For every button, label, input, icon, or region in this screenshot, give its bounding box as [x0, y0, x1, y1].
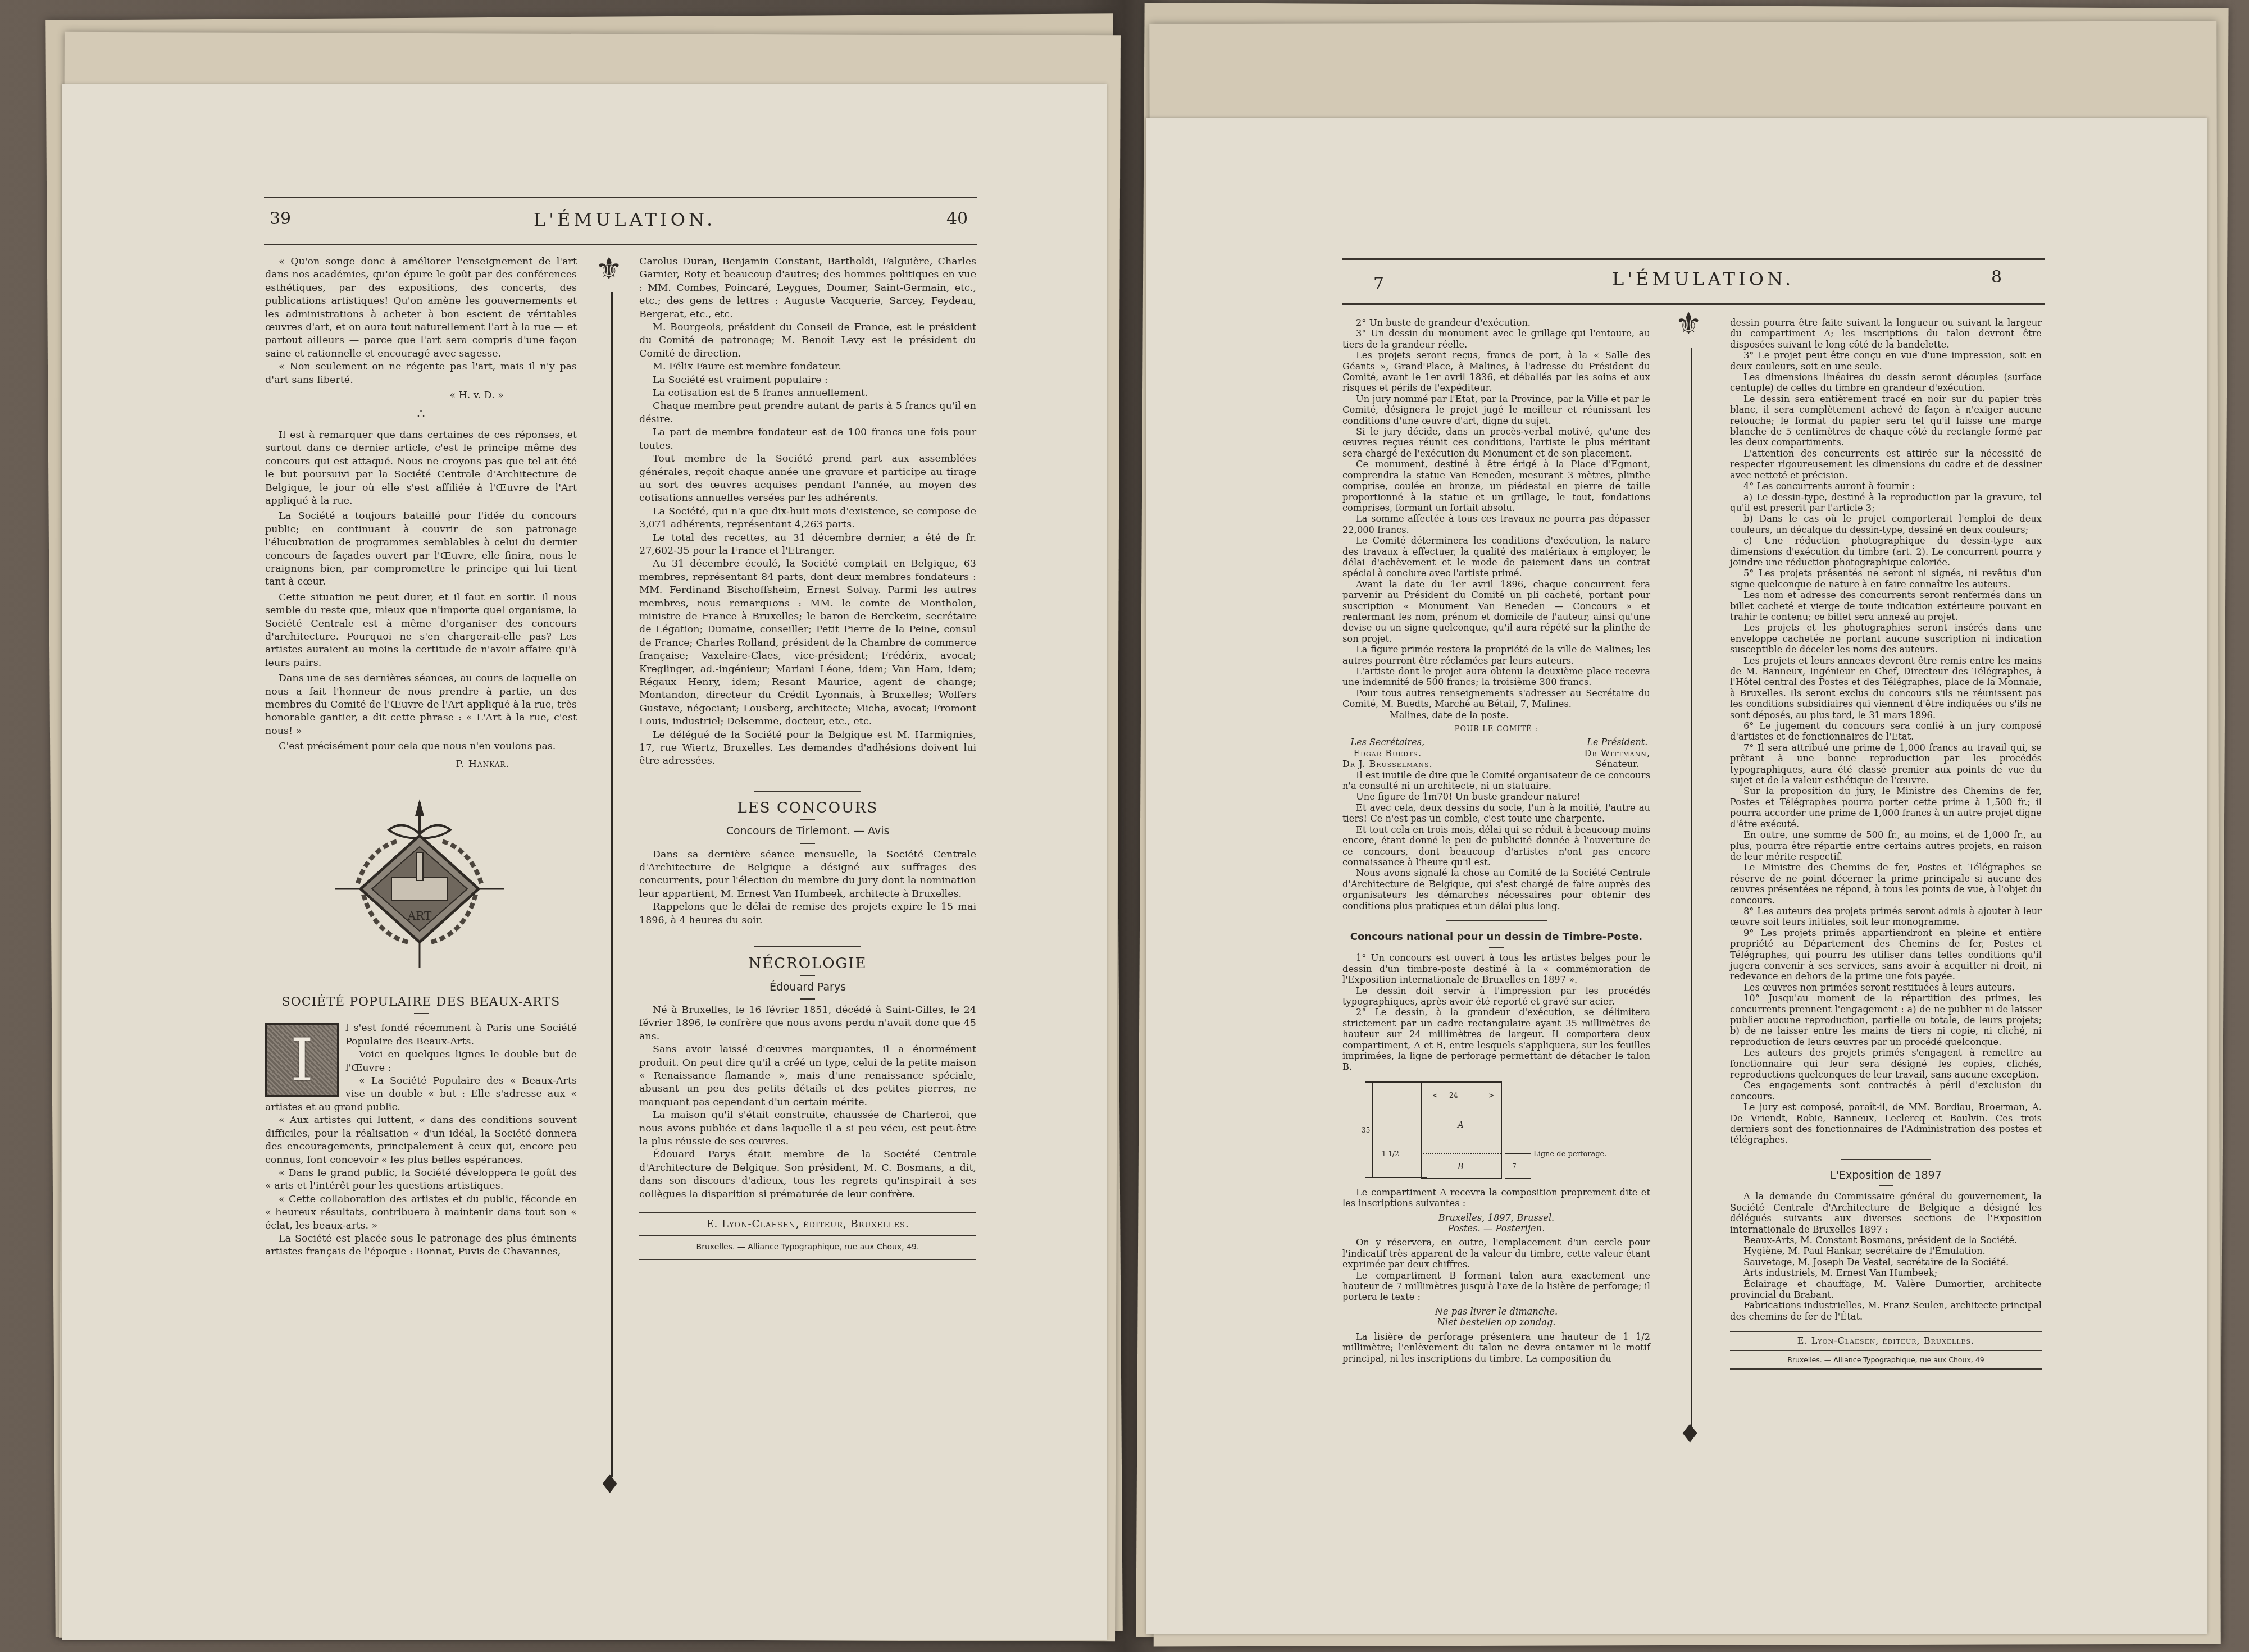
paragraph: Les auteurs des projets primés s'engagen… — [1730, 1047, 2042, 1080]
right-page: 7 L'ÉMULATION. 8 2° Un buste de grandeur… — [1146, 118, 2207, 1634]
subsection-title: Concours de Tirlemont. — Avis — [639, 825, 976, 838]
paragraph: Nous avons signalé la chose au Comité de… — [1342, 868, 1650, 911]
right-column-2: dessin pourra être faite suivant la long… — [1730, 317, 2042, 1373]
paragraph: Et avec cela, deux dessins du socle, l'u… — [1342, 802, 1650, 824]
running-title: L'ÉMULATION. — [534, 209, 716, 230]
paragraph: Le dessin doit servir à l'impression par… — [1342, 985, 1650, 1007]
paragraph: Le jury est composé, paraît-il, de MM. B… — [1730, 1102, 2042, 1146]
page-number-right: 40 — [946, 209, 968, 229]
paragraph: Un jury nommé par l'Etat, par la Provinc… — [1342, 394, 1650, 426]
paragraph: 5° Les projets présentés ne seront ni si… — [1730, 568, 2042, 590]
paragraph: Tout membre de la Société prend part aux… — [639, 453, 976, 505]
delegate-item: Arts industriels, M. Ernest Van Humbeek; — [1730, 1267, 2042, 1278]
column-ornament-top-icon: ⚜ — [595, 254, 622, 284]
delegate-item: Éclairage et chauffage, M. Valère Dumort… — [1730, 1279, 2042, 1300]
section-separator — [754, 946, 861, 947]
paragraph: Les projets seront reçus, francs de port… — [1342, 350, 1650, 394]
paragraph: Cette situation ne peut durer, et il fau… — [265, 591, 577, 670]
paragraph: « Dans le grand public, la Société dével… — [265, 1167, 577, 1193]
footer-rule — [1730, 1368, 2042, 1370]
paragraph: La lisière de perforage présentera une h… — [1342, 1331, 1650, 1364]
section-title-timbre: Concours national pour un dessin de Timb… — [1342, 932, 1650, 942]
paragraph: On y réservera, en outre, l'emplacement … — [1342, 1237, 1650, 1270]
art-vignette: ART — [265, 793, 577, 979]
paragraph: La Société a toujours bataillé pour l'id… — [265, 510, 577, 588]
paragraph: Chaque membre peut prendre autant de par… — [639, 400, 976, 426]
stamp-dimension-diagram: 24 <> 35 A B 1 1/2 7 Ligne de perforage. — [1365, 1080, 1623, 1181]
dateline: Malines, date de la poste. — [1342, 710, 1650, 720]
asterism: ∴ — [265, 408, 577, 421]
paragraph: Sur la proposition du jury, le Ministre … — [1730, 786, 2042, 829]
paragraph: 3° Le projet peut être conçu en vue d'un… — [1730, 350, 2042, 372]
paragraph: La cotisation est de 5 francs annuelleme… — [639, 387, 976, 400]
paragraph: Le compartiment A recevra la composition… — [1342, 1187, 1650, 1209]
paragraph: 8° Les auteurs des projets primés seront… — [1730, 906, 2042, 928]
delegate-item: Fabrications industrielles, M. Franz Seu… — [1730, 1300, 2042, 1322]
header-rule-top — [1342, 258, 2045, 260]
page-number-left: 39 — [270, 209, 291, 229]
paragraph: « Qu'on songe donc à améliorer l'enseign… — [265, 255, 577, 360]
paragraph: Édouard Parys était membre de la Société… — [639, 1148, 976, 1201]
paragraph: M. Bourgeois, président du Conseil de Fr… — [639, 321, 976, 360]
section-title: SOCIÉTÉ POPULAIRE DES BEAUX-ARTS — [265, 996, 577, 1008]
paragraph: Le Comité déterminera les conditions d'e… — [1342, 535, 1650, 579]
paragraph: C'est précisément pour cela que nous n'e… — [265, 740, 577, 753]
svg-text:ART: ART — [407, 909, 432, 923]
inscription: Niet bestellen op zondag. — [1342, 1317, 1650, 1327]
paragraph: Les projets et leurs annexes devront êtr… — [1730, 655, 2042, 720]
inscription: Bruxelles, 1897, Brussel. — [1342, 1212, 1650, 1223]
header-rule-top — [264, 197, 977, 198]
section-title-necrologie: NÉCROLOGIE — [639, 957, 976, 970]
paragraph: Les nom et adresse des concurrents seron… — [1730, 590, 2042, 622]
section-separator — [1446, 920, 1547, 921]
paragraph: Il est inutile de dire que le Comité org… — [1342, 770, 1650, 792]
running-title: L'ÉMULATION. — [1612, 268, 1794, 290]
printer-line: Bruxelles. — Alliance Typographique, rue… — [639, 1241, 976, 1254]
column-ornament-top-icon: ⚜ — [1675, 309, 1702, 339]
page-number-left: 7 — [1373, 274, 1384, 294]
delegate-item: Beaux-Arts, M. Constant Bosmans, préside… — [1730, 1235, 2042, 1245]
paragraph: Ce monument, destiné à être érigé à la P… — [1342, 459, 1650, 513]
president-block: Le Président. Dr Wittmann, Sénateur. — [1585, 737, 1650, 769]
secretaries-block: Les Secrétaires, Edgar Buedts. Dr J. Bru… — [1342, 737, 1433, 769]
section-title-exposition: L'Exposition de 1897 — [1730, 1170, 2042, 1181]
paragraph: Dans sa dernière séance mensuelle, la So… — [639, 848, 976, 901]
paragraph: Les dimensions linéaires du dessin seron… — [1730, 372, 2042, 394]
paragraph: 3° Un dessin du monument avec le grillag… — [1342, 328, 1650, 350]
right-column-1: 2° Un buste de grandeur d'exécution. 3° … — [1342, 317, 1650, 1364]
paragraph: Le compartiment B formant talon aura exa… — [1342, 1270, 1650, 1303]
left-page: 39 L'ÉMULATION. 40 « Qu'on songe donc à … — [62, 84, 1107, 1640]
author-signature: P. Hankar. — [265, 758, 577, 771]
paragraph: 2° Un buste de grandeur d'exécution. — [1342, 317, 1650, 328]
paragraph: dessin pourra être faite suivant la long… — [1730, 317, 2042, 350]
committee-signatures: Les Secrétaires, Edgar Buedts. Dr J. Bru… — [1342, 737, 1650, 769]
title-dash — [800, 998, 815, 1000]
title-dash — [1879, 1185, 1893, 1186]
paragraph: Il est à remarquer que dans certaines de… — [265, 429, 577, 508]
publisher-line: E. Lyon-Claesen, éditeur, Bruxelles. — [1730, 1335, 2042, 1346]
left-column-1: « Qu'on songe donc à améliorer l'enseign… — [265, 255, 577, 1259]
paragraph: a) Le dessin-type, destiné à la reproduc… — [1730, 492, 2042, 514]
section-body: I l s'est fondé récemment à Paris une So… — [265, 1022, 577, 1258]
paragraph: La figure primée restera la propriété de… — [1342, 644, 1650, 666]
page-number-right: 8 — [1991, 267, 2002, 287]
paragraph: Les projets et les photographies seront … — [1730, 622, 2042, 655]
section-title-concours: LES CONCOURS — [639, 802, 976, 815]
footer-rule — [639, 1235, 976, 1236]
paragraph: La maison qu'il s'était construite, chau… — [639, 1109, 976, 1148]
paragraph: Carolus Duran, Benjamin Constant, Bartho… — [639, 255, 976, 321]
paragraph: En outre, une somme de 500 fr., au moins… — [1730, 829, 2042, 862]
paragraph: « Non seulement on ne régente pas l'art,… — [265, 360, 577, 387]
paragraph: 6° Le jugement du concours sera confié à… — [1730, 720, 2042, 742]
title-dash — [1489, 947, 1504, 948]
paragraph: Dans une de ses dernières séances, au co… — [265, 672, 577, 738]
column-ornament-bottom-icon: ♦ — [598, 1471, 621, 1497]
left-column-2: Carolus Duran, Benjamin Constant, Bartho… — [639, 255, 976, 1265]
column-ornament-bottom-icon: ♦ — [1678, 1421, 1701, 1446]
paragraph: Le délégué de la Société pour la Belgiqu… — [639, 729, 976, 768]
paragraph: L'artiste dont le projet aura obtenu la … — [1342, 666, 1650, 688]
paragraph: Le total des recettes, au 31 décembre de… — [639, 532, 976, 558]
paragraph: Si le jury décide, dans un procès-verbal… — [1342, 426, 1650, 459]
title-dash — [414, 1013, 429, 1014]
paragraph: Pour tous autres renseignements s'adress… — [1342, 688, 1650, 710]
paragraph: 2° Le dessin, à la grandeur d'exécution,… — [1342, 1007, 1650, 1072]
paragraph: Sans avoir laissé d'œuvres marquantes, i… — [639, 1043, 976, 1109]
section-separator — [1841, 1159, 1931, 1160]
title-dash — [800, 843, 815, 844]
paragraph: La Société est vraiment populaire : — [639, 374, 976, 387]
paragraph: 1° Un concours est ouvert à tous les art… — [1342, 952, 1650, 985]
paragraph: L'attention des concurrents est attirée … — [1730, 448, 2042, 481]
paragraph: Rappelons que le délai de remise des pro… — [639, 901, 976, 927]
delegate-item: Hygiène, M. Paul Hankar, secrétaire de l… — [1730, 1245, 2042, 1256]
paragraph: Au 31 décembre écoulé, la Société compta… — [639, 558, 976, 728]
publisher-line: E. Lyon-Claesen, éditeur, Bruxelles. — [639, 1218, 976, 1231]
footer-rule — [639, 1212, 976, 1213]
section-separator — [754, 791, 861, 792]
footer-rule — [1730, 1331, 2042, 1332]
inscription: Ne pas livrer le dimanche. — [1342, 1306, 1650, 1317]
paragraph: Et tout cela en trois mois, délai qui se… — [1342, 824, 1650, 868]
title-dash — [800, 819, 815, 820]
paragraph: Le dessin sera entièrement tracé en noir… — [1730, 394, 2042, 448]
delegate-item: Sauvetage, M. Joseph De Vestel, secrétai… — [1730, 1257, 2042, 1267]
paragraph: Une figure de 1m70! Un buste grandeur na… — [1342, 791, 1650, 802]
paragraph: 10° Jusqu'au moment de la répartition de… — [1730, 993, 2042, 1047]
subsection-title: Édouard Parys — [639, 981, 976, 994]
header-rule-bottom — [1342, 303, 2045, 305]
header-rule-bottom — [264, 244, 977, 245]
paragraph: « Aux artistes qui luttent, « dans des c… — [265, 1114, 577, 1167]
footer-rule — [1730, 1350, 2042, 1351]
quote-signature: « H. v. D. » — [265, 389, 577, 402]
paragraph: La Société, qui n'a que dix-huit mois d'… — [639, 505, 976, 532]
column-divider — [611, 292, 613, 1477]
paragraph: La part de membre fondateur est de 100 f… — [639, 426, 976, 453]
paragraph: 9° Les projets primés appartiendront en … — [1730, 928, 2042, 982]
paragraph: « Cette collaboration des artistes et du… — [265, 1193, 577, 1233]
paragraph: Né à Bruxelles, le 16 février 1851, décé… — [639, 1004, 976, 1043]
paragraph: 4° Les concurrents auront à fournir : — [1730, 481, 2042, 491]
ornamental-dropcap: I — [265, 1023, 339, 1097]
inscription: Postes. — Posterijen. — [1342, 1223, 1650, 1234]
paragraph: Avant la date du 1er avril 1896, chaque … — [1342, 579, 1650, 644]
paragraph: c) Une réduction photographique du dessi… — [1730, 535, 2042, 568]
paragraph: 7° Il sera attribué une prime de 1,000 f… — [1730, 742, 2042, 786]
committee-label: POUR LE COMITÉ : — [1342, 724, 1650, 734]
paragraph: Les œuvres non primées seront restituées… — [1730, 982, 2042, 993]
printer-line: Bruxelles. — Alliance Typographique, rue… — [1730, 1354, 2042, 1365]
paragraph: A la demande du Commissaire général du g… — [1730, 1191, 2042, 1235]
column-divider — [1691, 348, 1692, 1426]
title-dash — [800, 975, 815, 976]
art-emblem-icon: ART — [335, 799, 504, 968]
paragraph: b) Dans le cas où le projet comporterait… — [1730, 513, 2042, 535]
footer-rule — [639, 1259, 976, 1260]
paragraph: Ces engagements sont contractés à péril … — [1730, 1080, 2042, 1102]
paragraph: Le Ministre des Chemins de fer, Postes e… — [1730, 862, 2042, 906]
paragraph: M. Félix Faure est membre fondateur. — [639, 360, 976, 373]
paragraph: La Société est placée sous le patronage … — [265, 1233, 577, 1259]
paragraph: La somme affectée à tous ces travaux ne … — [1342, 513, 1650, 535]
